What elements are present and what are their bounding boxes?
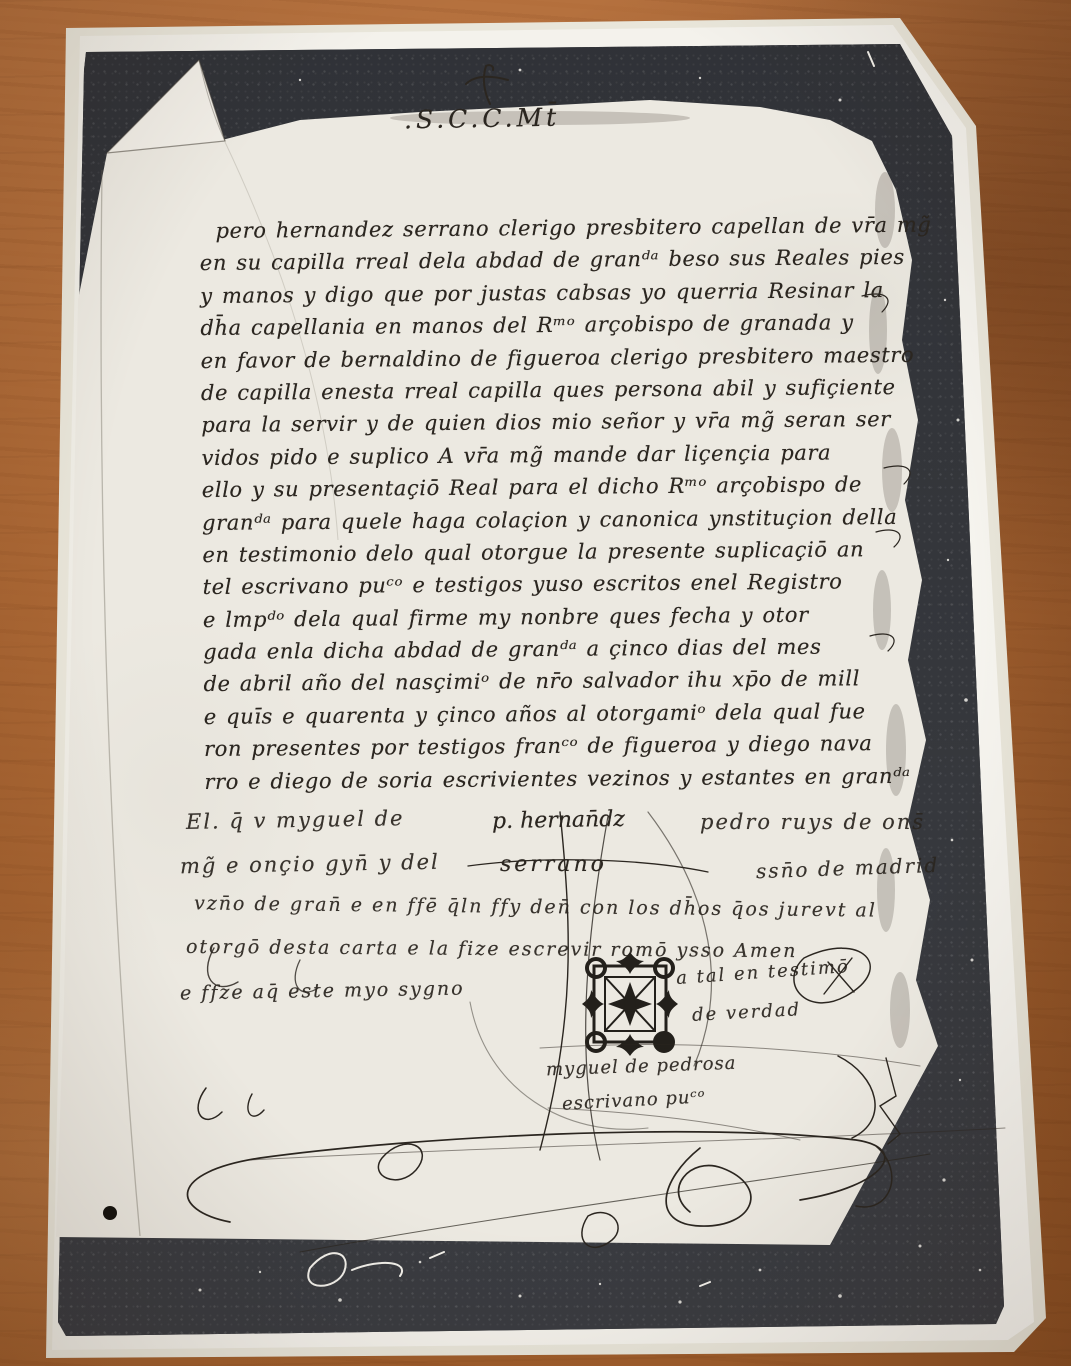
photo-of-document: .S.C.C.Mt̄ pero hernandez serrano clerig… (0, 0, 1071, 1366)
photo-vignette (0, 0, 1071, 1366)
